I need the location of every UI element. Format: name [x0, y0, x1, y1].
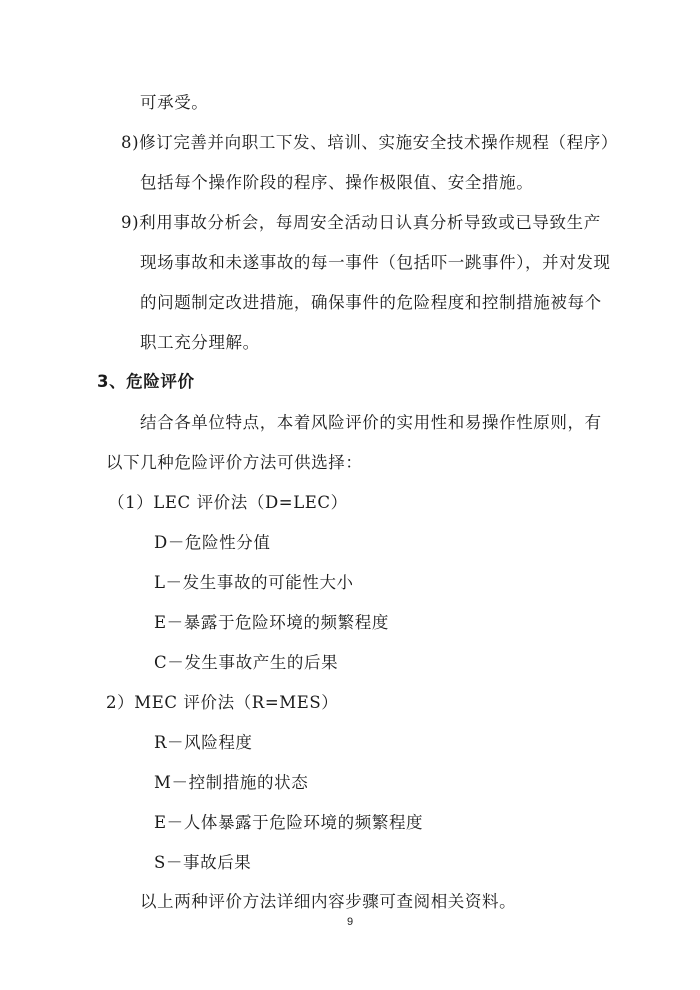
- method-item: L－发生事故的可能性大小: [154, 573, 354, 593]
- list-item-8: 8)修订完善并向职工下发、培训、实施安全技术操作规程（程序）: [121, 133, 618, 153]
- method-item: M－控制措施的状态: [154, 773, 308, 793]
- method-item: E－人体暴露于危险环境的频繁程度: [154, 813, 423, 833]
- intro-line: 结合各单位特点，本着风险评价的实用性和易操作性原则，有: [140, 413, 602, 433]
- list-item-9: 9)利用事故分析会，每周安全活动日认真分析导致或已导致生产: [121, 213, 601, 233]
- intro-line: 以下几种危险评价方法可供选择：: [106, 453, 363, 473]
- method-title-mec: 2）MEC 评价法（R=MES）: [106, 693, 338, 713]
- section-heading: 3、危险评价: [97, 372, 195, 392]
- paragraph-line: 的问题制定改进措施，确保事件的危险程度和控制措施被每个: [140, 293, 602, 313]
- page-number: 9: [0, 916, 700, 928]
- paragraph-line: 现场事故和未遂事故的每一事件（包括吓一跳事件），并对发现: [140, 253, 611, 273]
- paragraph-line: 可承受。: [140, 93, 208, 113]
- method-item: R－风险程度: [154, 733, 253, 753]
- method-item: C－发生事故产生的后果: [154, 653, 338, 673]
- paragraph-line: 包括每个操作阶段的程序、操作极限值、安全措施。: [140, 173, 533, 193]
- closing-line: 以上两种评价方法详细内容步骤可查阅相关资料。: [140, 892, 516, 912]
- method-item: D－危险性分值: [154, 533, 270, 553]
- method-title-lec: （1）LEC 评价法（D=LEC）: [108, 493, 348, 513]
- paragraph-line: 职工充分理解。: [140, 333, 260, 353]
- method-item: S－事故后果: [154, 853, 251, 873]
- method-item: E－暴露于危险环境的频繁程度: [154, 613, 389, 633]
